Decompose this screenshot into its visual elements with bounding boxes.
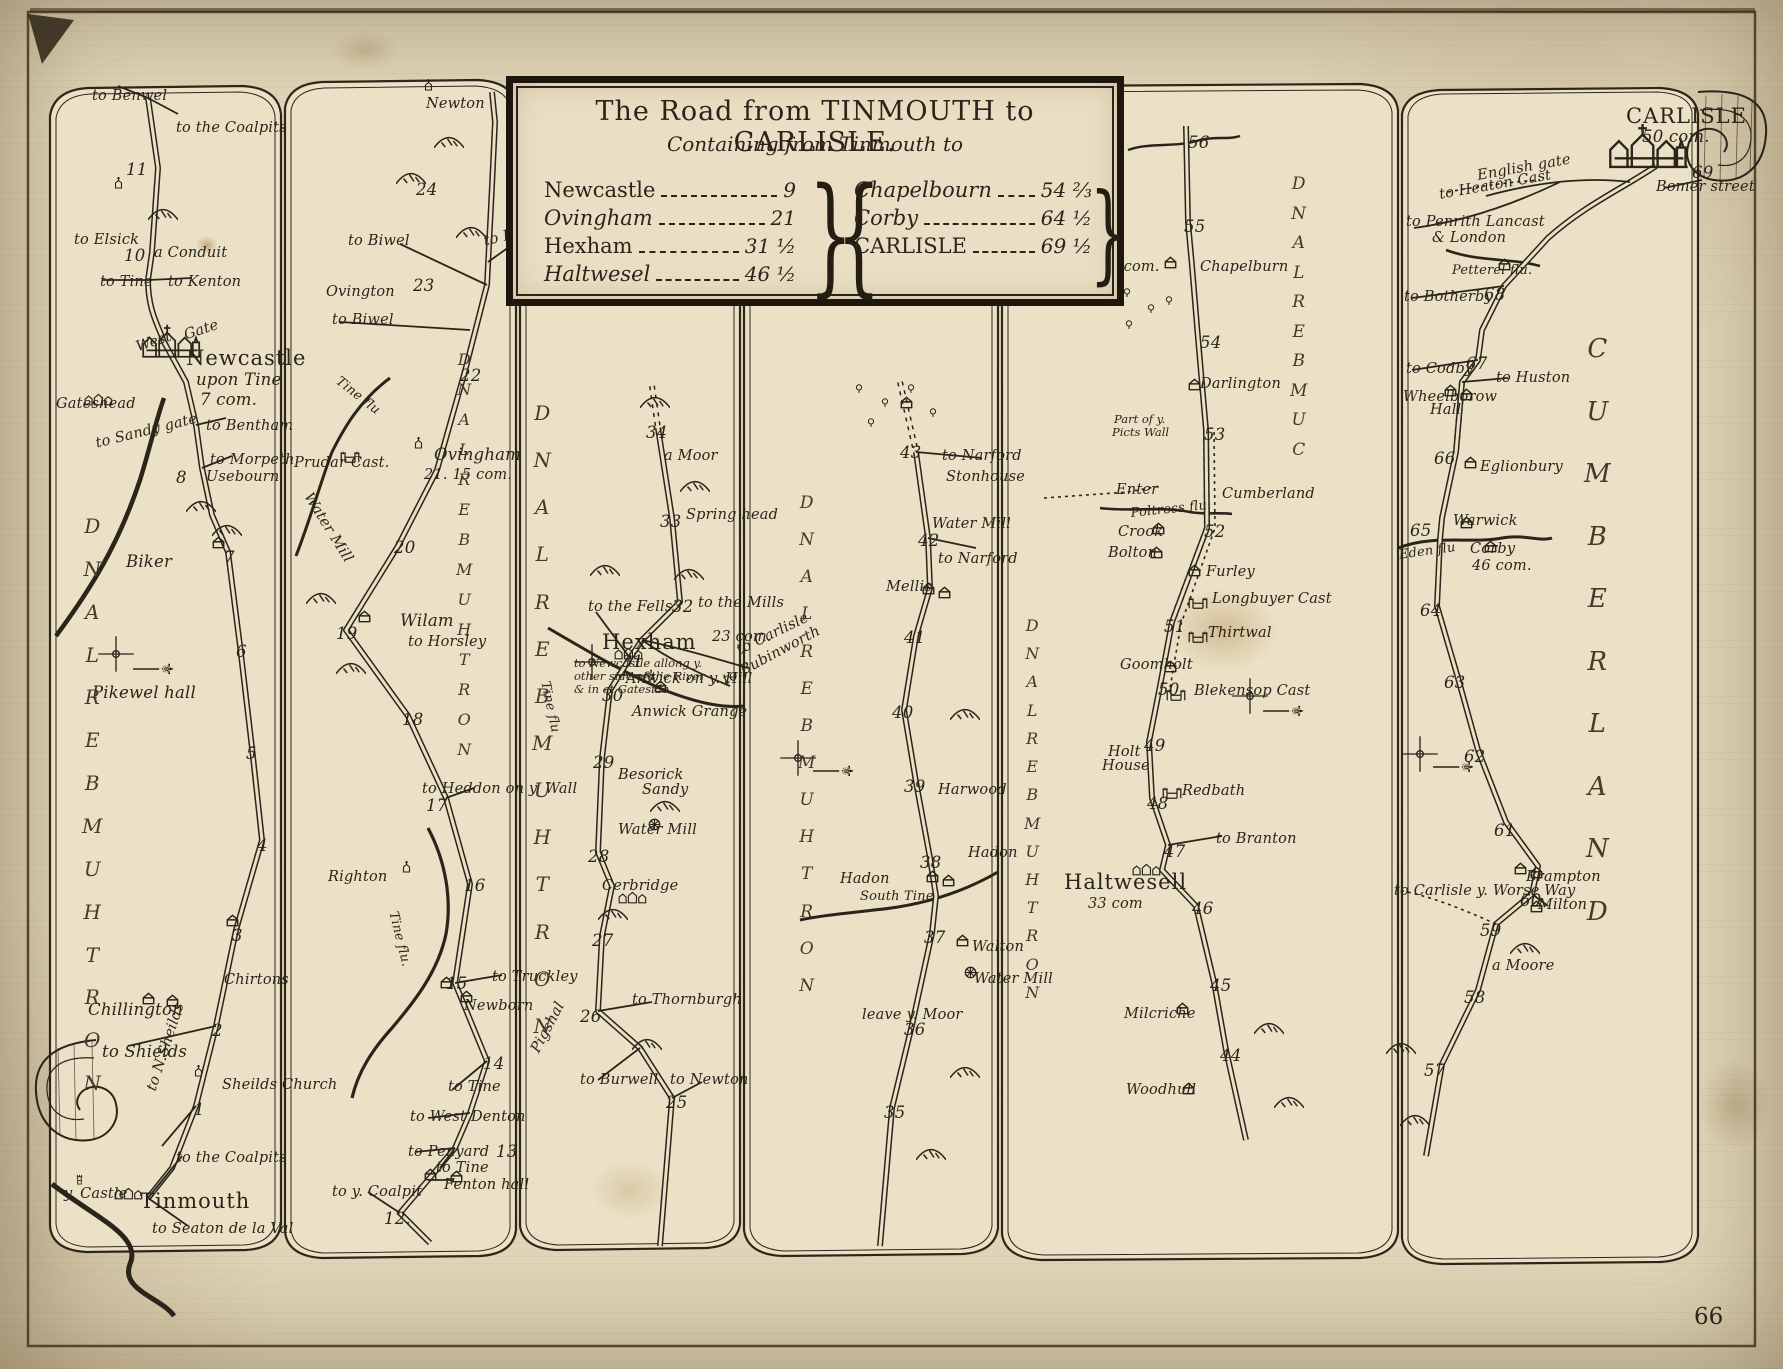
map-page: ⚜ <box>0 0 1783 1369</box>
corner-mark <box>28 14 74 64</box>
dotted-leader <box>924 223 1035 225</box>
place-name: Chapelbourn <box>854 178 992 202</box>
place-name: CARLISLE <box>854 234 967 258</box>
miles-value: 69 ½ <box>1041 234 1092 258</box>
miles-value: 31 ½ <box>745 234 796 258</box>
place-name: Ovingham <box>544 206 653 230</box>
distance-row: Corby64 ½ <box>854 202 1092 230</box>
title-cartouche: The Road from TINMOUTH to CARLISLE. Cont… <box>506 76 1124 306</box>
place-name: Newcastle <box>544 178 655 202</box>
cartouche-inner-frame: The Road from TINMOUTH to CARLISLE. Cont… <box>516 86 1114 296</box>
brace-glyph: } <box>1089 180 1127 288</box>
dotted-leader <box>998 195 1035 197</box>
mill-icon <box>649 819 659 829</box>
dotted-leader <box>661 195 777 197</box>
plate-number: 66 <box>1694 1304 1723 1330</box>
distance-list-left: Newcastle9Ovingham21Hexham31 ½Haltwesel4… <box>544 174 796 286</box>
dotted-leader <box>973 251 1035 253</box>
miles-value: 54 ⅔ <box>1041 178 1092 202</box>
place-name: Haltwesel <box>544 262 650 286</box>
distance-row: Haltwesel46 ½ <box>544 258 796 286</box>
place-name: Hexham <box>544 234 633 258</box>
miles-value: 64 ½ <box>1041 206 1092 230</box>
mill-icon <box>965 967 975 977</box>
miles-value: 46 ½ <box>745 262 796 286</box>
dotted-leader <box>656 279 738 281</box>
dotted-leader <box>659 223 765 225</box>
distance-row: Newcastle9 <box>544 174 796 202</box>
distance-row: Chapelbourn54 ⅔ <box>854 174 1092 202</box>
distance-list-right: Chapelbourn54 ⅔Corby64 ½CARLISLE69 ½ <box>854 174 1092 258</box>
distance-row: Ovingham21 <box>544 202 796 230</box>
map-subtitle: Containing from Tinmouth to <box>518 132 1112 156</box>
miles-value: 9 <box>783 178 796 202</box>
miles-value: 21 <box>771 206 796 230</box>
place-name: Corby <box>854 206 918 230</box>
dotted-leader <box>639 251 739 253</box>
distance-row: Hexham31 ½ <box>544 230 796 258</box>
distance-row: CARLISLE69 ½ <box>854 230 1092 258</box>
